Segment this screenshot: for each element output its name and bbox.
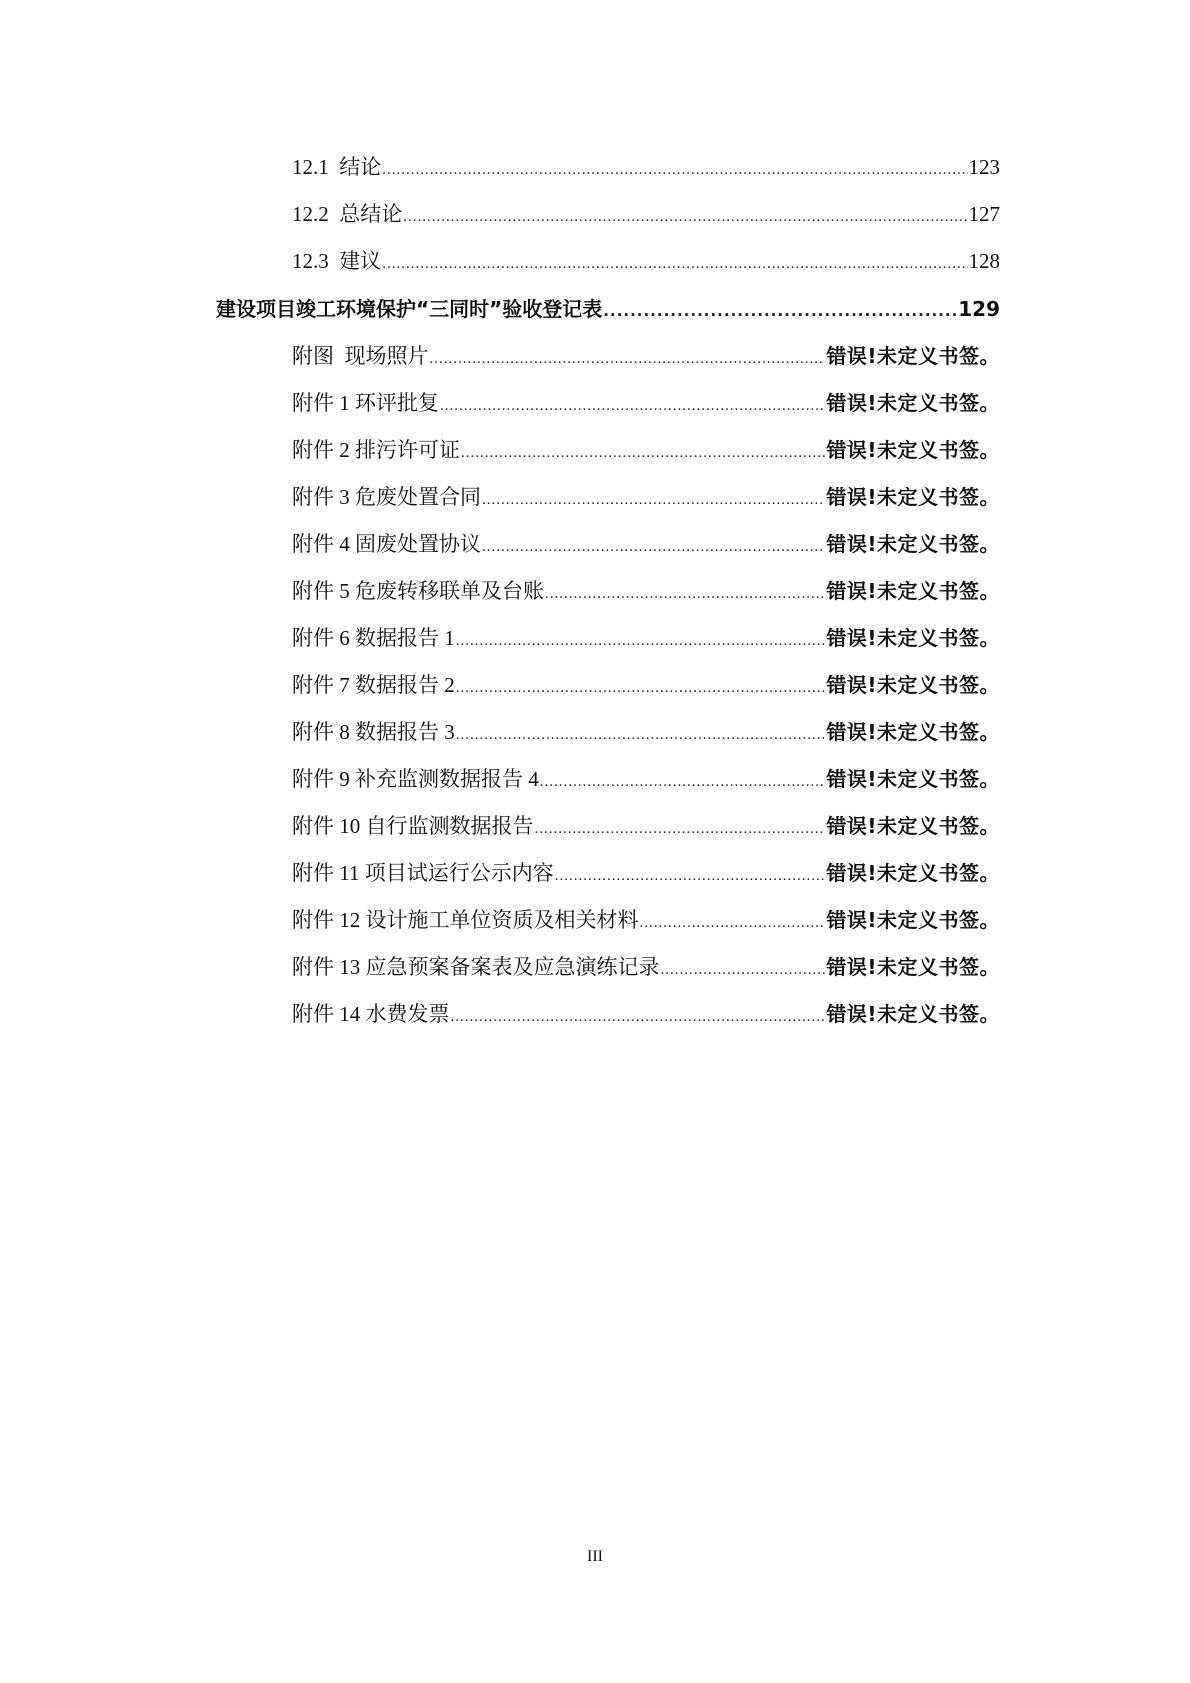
toc-entry-attachment[interactable]: 附件 12 设计施工单位资质及相关材料 错误!未定义书签。	[292, 903, 1000, 937]
dot-leader	[382, 150, 967, 187]
toc-entry-attachment[interactable]: 附件 6 数据报告 1 错误!未定义书签。	[292, 621, 1000, 655]
bookmark-error: 错误!未定义书签。	[826, 856, 1000, 890]
toc-entry-title: 附件 11 项目试运行公示内容	[292, 856, 554, 890]
bookmark-error: 错误!未定义书签。	[826, 386, 1000, 420]
toc-entry-12-2[interactable]: 12.2 总结论 127	[292, 197, 1000, 231]
toc-entry-attachment[interactable]: 附件 1 环评批复 错误!未定义书签。	[292, 386, 1000, 420]
toc-entry-attachment[interactable]: 附件 4 固废处置协议 错误!未定义书签。	[292, 527, 1000, 561]
toc-entry-attachment[interactable]: 附件 7 数据报告 2 错误!未定义书签。	[292, 668, 1000, 702]
toc-entry-page: 129	[958, 292, 1000, 326]
dot-leader	[535, 809, 826, 846]
toc-entry-title: 建设项目竣工环境保护“三同时”验收登记表	[216, 292, 602, 326]
toc-entry-number: 12.2	[292, 197, 329, 231]
bookmark-error: 错误!未定义书签。	[826, 903, 1000, 937]
toc-entry-title: 建议	[339, 244, 381, 278]
toc-entry-attachment[interactable]: 附件 2 排污许可证 错误!未定义书签。	[292, 433, 1000, 467]
toc-entry-page: 128	[969, 244, 1001, 278]
bookmark-error: 错误!未定义书签。	[826, 668, 1000, 702]
toc-entry-title: 结论	[339, 150, 381, 184]
toc-entry-page: 127	[969, 197, 1001, 231]
toc-entry-title: 附件 9 补充监测数据报告 4	[292, 762, 539, 796]
dot-leader	[430, 339, 826, 376]
bookmark-error: 错误!未定义书签。	[826, 433, 1000, 467]
toc-entry-acceptance-form[interactable]: 建设项目竣工环境保护“三同时”验收登记表 129	[216, 292, 1000, 326]
toc-entry-title: 附件 6 数据报告 1	[292, 621, 455, 655]
bookmark-error: 错误!未定义书签。	[826, 997, 1000, 1031]
toc-entry-12-3[interactable]: 12.3 建议 128	[292, 244, 1000, 278]
dot-leader	[382, 244, 967, 281]
bookmark-error: 错误!未定义书签。	[826, 527, 1000, 561]
toc-entry-title: 附件 7 数据报告 2	[292, 668, 455, 702]
dot-leader	[482, 527, 825, 564]
dot-leader	[456, 668, 826, 705]
toc-entry-number: 12.1	[292, 150, 329, 184]
toc-entry-title: 附图 现场照片	[292, 339, 429, 373]
bookmark-error: 错误!未定义书签。	[826, 480, 1000, 514]
toc-entry-title: 附件 12 设计施工单位资质及相关材料	[292, 903, 639, 937]
dot-leader	[461, 433, 825, 470]
toc-entry-title: 附件 1 环评批复	[292, 386, 439, 420]
dot-leader	[661, 950, 826, 987]
toc-entry-title: 附件 10 自行监测数据报告	[292, 809, 534, 843]
toc-entry-page: 123	[969, 150, 1001, 184]
toc-entry-attachment[interactable]: 附件 14 水费发票 错误!未定义书签。	[292, 997, 1000, 1031]
toc-entry-title: 附件 8 数据报告 3	[292, 715, 455, 749]
bookmark-error: 错误!未定义书签。	[826, 809, 1000, 843]
toc-entry-title: 附件 5 危废转移联单及台账	[292, 574, 544, 608]
toc-entry-number: 12.3	[292, 244, 329, 278]
toc-entry-title: 附件 3 危废处置合同	[292, 480, 481, 514]
dot-leader	[451, 997, 826, 1034]
dot-leader	[555, 856, 826, 893]
page-number: III	[0, 1548, 1190, 1566]
dot-leader	[440, 386, 825, 423]
bookmark-error: 错误!未定义书签。	[826, 715, 1000, 749]
dot-leader	[545, 574, 825, 611]
dot-leader	[403, 197, 967, 234]
toc-entry-title: 附件 13 应急预案备案表及应急演练记录	[292, 950, 660, 984]
toc-entry-attachment[interactable]: 附件 9 补充监测数据报告 4 错误!未定义书签。	[292, 762, 1000, 796]
bookmark-error: 错误!未定义书签。	[826, 762, 1000, 796]
bookmark-error: 错误!未定义书签。	[826, 574, 1000, 608]
toc-entry-12-1[interactable]: 12.1 结论 123	[292, 150, 1000, 184]
dot-leader	[640, 903, 826, 940]
toc-entry-title: 附件 14 水费发票	[292, 997, 450, 1031]
toc-entry-attachment[interactable]: 附件 8 数据报告 3 错误!未定义书签。	[292, 715, 1000, 749]
dot-leader	[456, 715, 826, 752]
dot-leader	[456, 621, 826, 658]
toc-entry-attachment[interactable]: 附件 10 自行监测数据报告 错误!未定义书签。	[292, 809, 1000, 843]
dot-leader	[482, 480, 825, 517]
dot-leader	[540, 762, 826, 799]
toc-entry-attachment[interactable]: 附图 现场照片 错误!未定义书签。	[292, 339, 1000, 373]
bookmark-error: 错误!未定义书签。	[826, 339, 1000, 373]
toc-entry-attachment[interactable]: 附件 3 危废处置合同 错误!未定义书签。	[292, 480, 1000, 514]
toc-entry-title: 附件 4 固废处置协议	[292, 527, 481, 561]
bookmark-error: 错误!未定义书签。	[826, 621, 1000, 655]
toc-entry-attachment[interactable]: 附件 5 危废转移联单及台账 错误!未定义书签。	[292, 574, 1000, 608]
toc-entry-title: 总结论	[339, 197, 402, 231]
dot-leader	[603, 292, 957, 328]
toc-entry-title: 附件 2 排污许可证	[292, 433, 460, 467]
toc-entry-attachment[interactable]: 附件 11 项目试运行公示内容 错误!未定义书签。	[292, 856, 1000, 890]
bookmark-error: 错误!未定义书签。	[826, 950, 1000, 984]
toc-entry-attachment[interactable]: 附件 13 应急预案备案表及应急演练记录 错误!未定义书签。	[292, 950, 1000, 984]
